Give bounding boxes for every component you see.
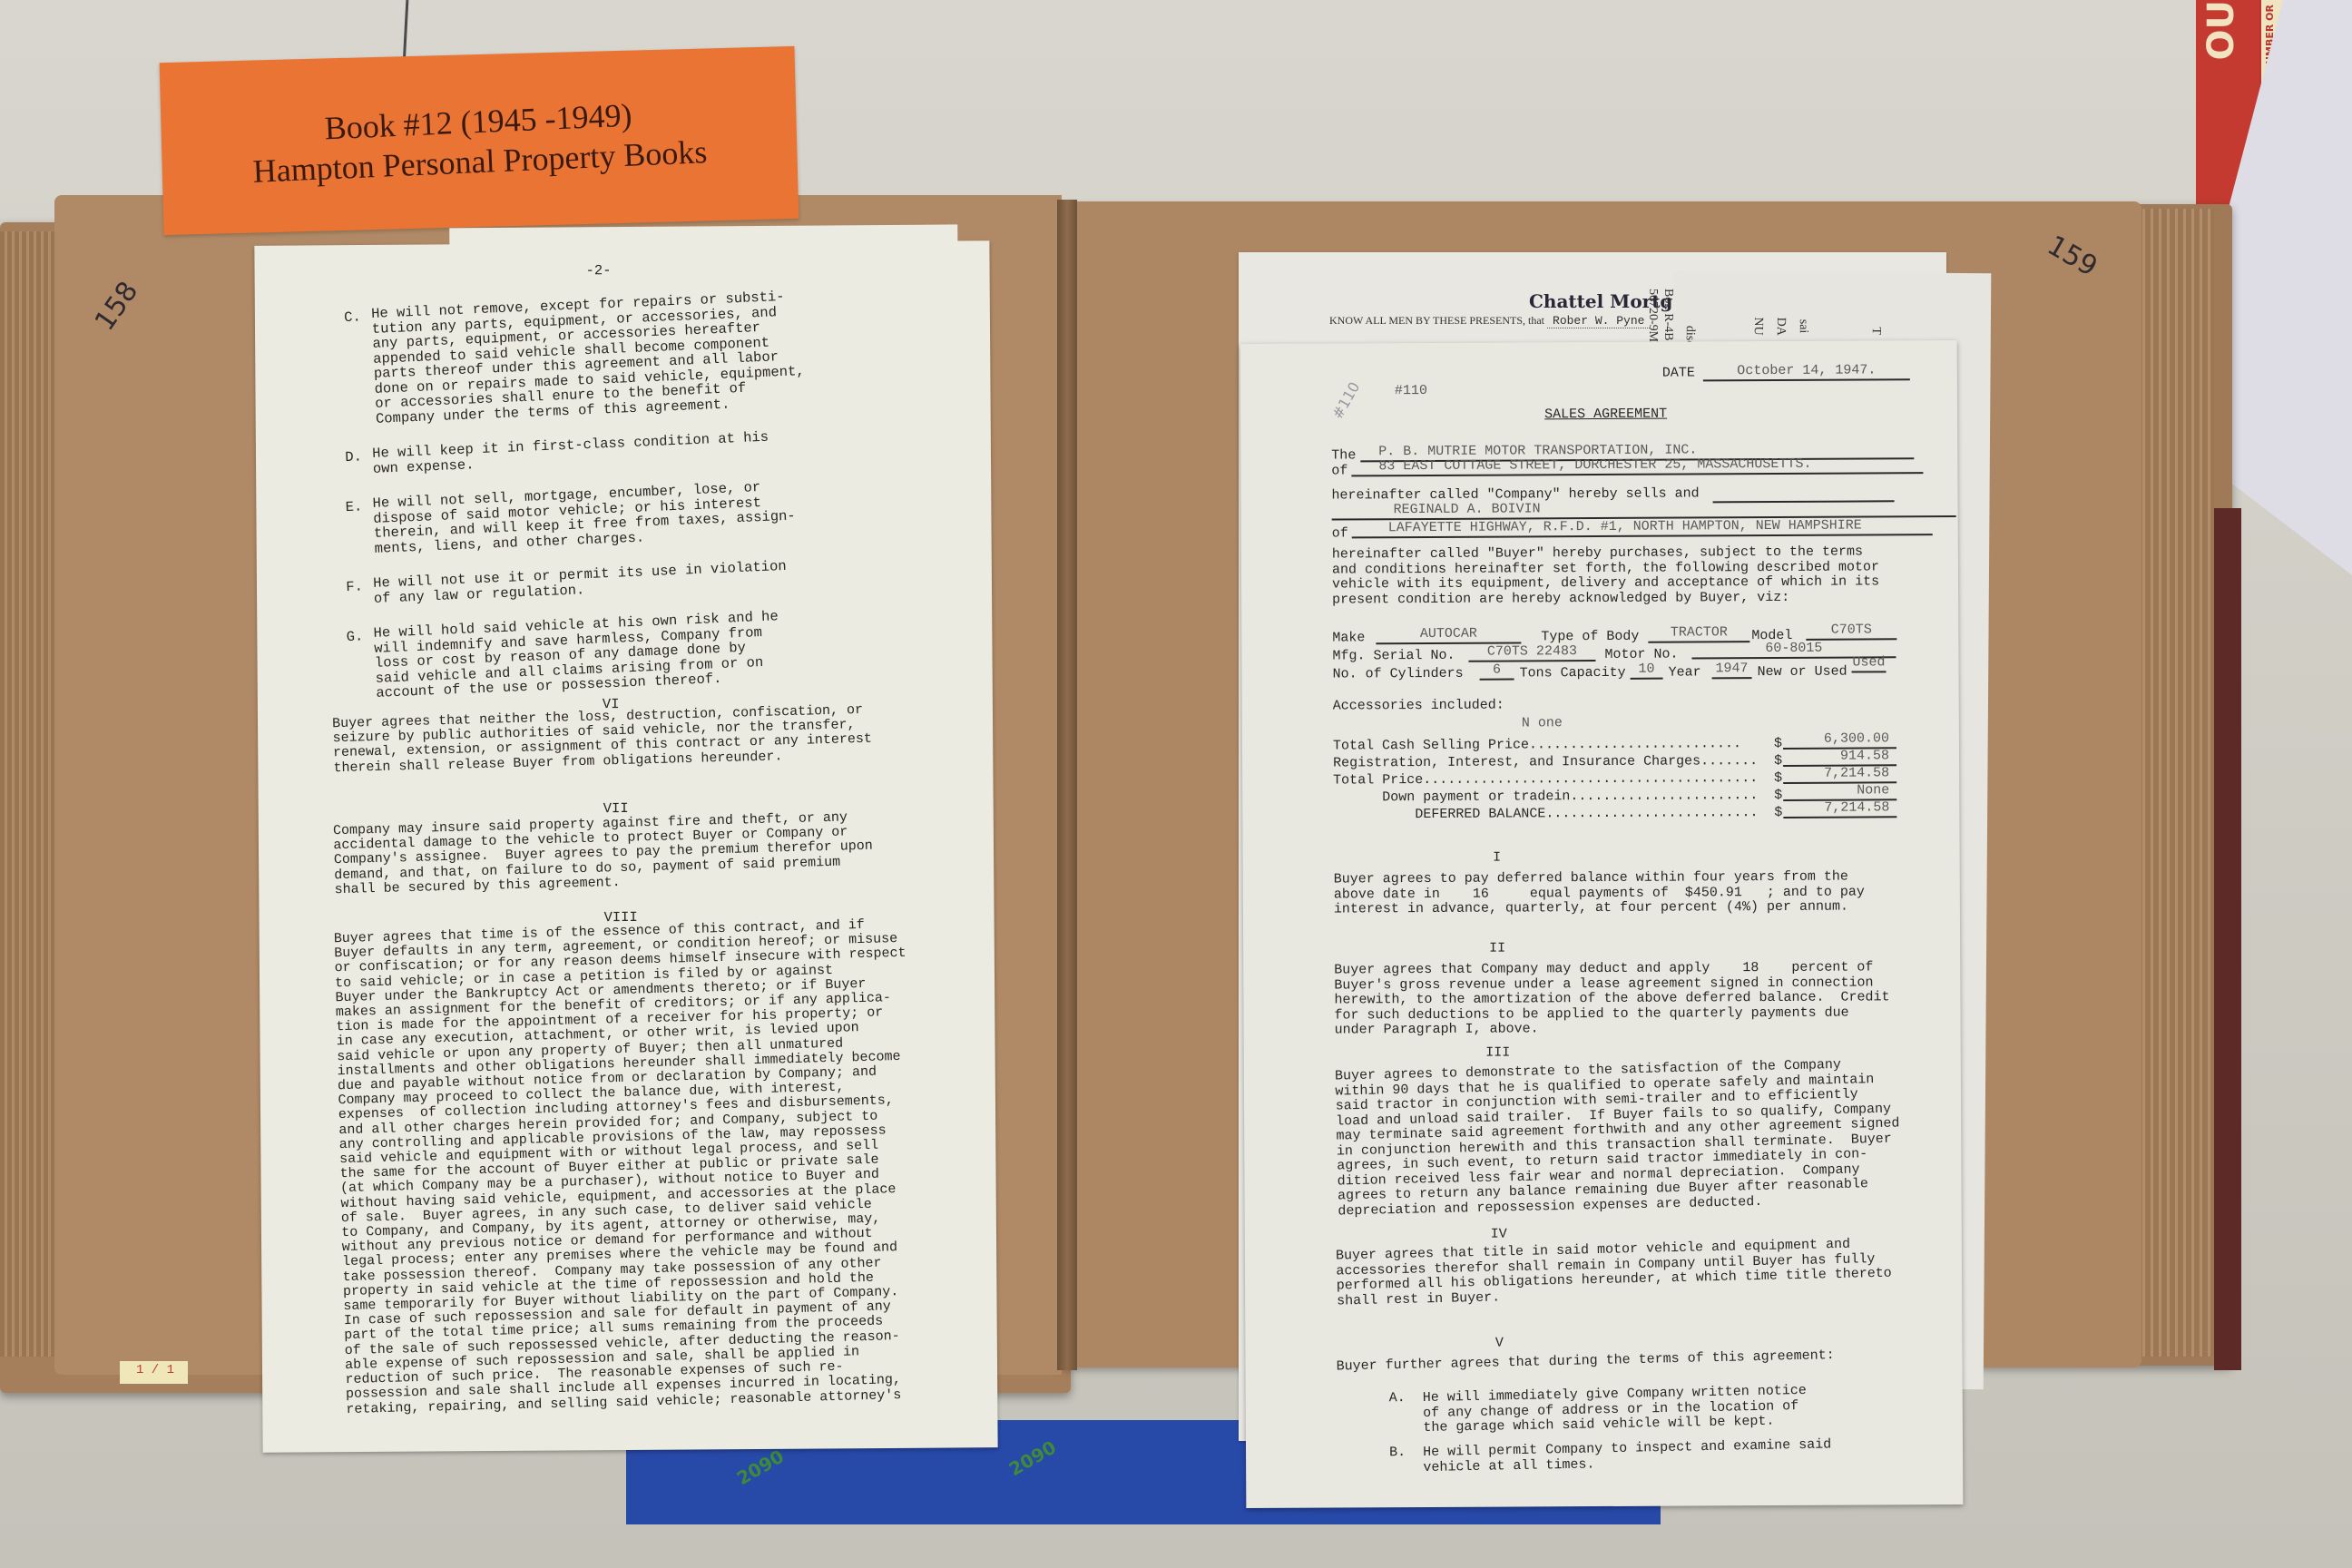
clause-text: He will hold said vehicle at his own ris… <box>373 609 781 701</box>
document-page-2: -2- C.He will not remove, except for rep… <box>254 240 997 1453</box>
chattel-mortgagor-name: Rober W. Pyne <box>1547 314 1650 328</box>
agreement-number: #110 <box>1395 384 1427 399</box>
currency-symbol: $ <box>1774 754 1782 769</box>
section-text: Buyer agrees to demonstrate to the satis… <box>1335 1056 1902 1219</box>
vehicle-field-value: C70TS 22483 <box>1468 644 1595 661</box>
buyer-address-field: LAFAYETTE HIGHWAY, R.F.D. #1, NORTH HAMP… <box>1352 518 1933 538</box>
vehicle-field-label: No. of Cylinders <box>1333 667 1464 682</box>
accessories-label: Accessories included: <box>1333 699 1504 714</box>
section-numeral: VII <box>603 801 629 817</box>
section-text: Buyer agrees that title in said motor ve… <box>1336 1237 1892 1309</box>
currency-symbol: $ <box>1774 806 1782 821</box>
vehicle-field-label: Year <box>1669 665 1701 681</box>
section-numeral: III <box>1244 1044 1752 1062</box>
price-value: None <box>1783 783 1896 800</box>
vehicle-field-value: 1947 <box>1711 661 1751 679</box>
currency-symbol: $ <box>1774 771 1782 787</box>
chattel-know-all-line: KNOW ALL MEN BY THESE PRESENTS, that Rob… <box>1329 314 1650 328</box>
clause-text: He will keep it in first-class condition… <box>372 430 769 476</box>
vehicle-field-label: New or Used <box>1758 665 1847 681</box>
section-text: Buyer agrees that Company may deduct and… <box>1334 960 1890 1038</box>
clause-text: He will not remove, except for repairs o… <box>371 289 807 426</box>
form-title: SALES AGREEMENT <box>1544 407 1667 423</box>
tape-print: 2090 <box>733 1445 788 1490</box>
price-label: Down payment or tradein.................… <box>1333 789 1758 806</box>
clause-text: He will not sell, mortgage, encumber, lo… <box>372 478 796 555</box>
company-address-field: 83 EAST COTTAGE STREET, DORCHESTER 25, M… <box>1351 456 1923 476</box>
price-label: DEFERRED BALANCE........................… <box>1333 806 1758 823</box>
price-label: Registration, Interest, and Insurance Ch… <box>1333 754 1758 771</box>
section-text: Buyer agrees that neither the loss, dest… <box>332 703 873 776</box>
section-text: Buyer further agrees that during the ter… <box>1337 1348 1835 1375</box>
price-value: 7,214.58 <box>1783 766 1896 783</box>
vehicle-field-value: TRACTOR <box>1648 625 1749 642</box>
price-label: Total Cash Selling Price................… <box>1333 737 1741 754</box>
page-edges-right <box>2137 209 2214 1357</box>
price-value: 6,300.00 <box>1783 731 1896 749</box>
price-label: Total Price.............................… <box>1333 771 1758 789</box>
item-text: He will immediately give Company written… <box>1423 1384 1808 1436</box>
clause-letter: F. <box>346 579 363 594</box>
date-field: October 14, 1947. <box>1703 363 1910 381</box>
section-text: Company may insure said property against… <box>333 810 874 898</box>
of-label-2: of <box>1332 526 1348 542</box>
section-numeral: I <box>1243 849 1751 867</box>
page-marker: -2- <box>586 263 612 279</box>
vehicle-field-value: Used <box>1851 655 1886 672</box>
vehicle-field-label: Mfg. Serial No. <box>1332 649 1455 664</box>
vehicle-field-value: 6 <box>1479 663 1514 681</box>
fragment-da: DA <box>1773 318 1788 336</box>
book-label: Book #12 (1945 -1949) Hampton Personal P… <box>160 46 799 235</box>
section-numeral: V <box>1245 1335 1753 1352</box>
section-numeral: II <box>1243 940 1751 957</box>
accessories-value: N one <box>1522 716 1563 731</box>
clause-letter: G. <box>346 629 363 644</box>
section-text: Buyer agrees to pay deferred balance wit… <box>1334 869 1865 917</box>
item-letter: B. <box>1389 1445 1406 1461</box>
vehicle-field-value: 10 <box>1630 662 1662 680</box>
folder-tab-text: OU <box>2200 0 2242 60</box>
book-label-text: Book #12 (1945 -1949) Hampton Personal P… <box>160 88 798 195</box>
fragment-sai: sai <box>1796 319 1810 334</box>
vehicle-field-value: AUTOCAR <box>1376 626 1521 643</box>
vehicle-field-label: Tons Capacity <box>1520 666 1626 681</box>
clause-letter: D. <box>345 449 362 465</box>
vehicle-field-label: Make <box>1332 631 1365 646</box>
section-text: Buyer agrees that time is of the essence… <box>334 917 918 1417</box>
fragment-t: T <box>1868 327 1883 335</box>
fragment-nu: NU <box>1750 317 1765 335</box>
clause-letter: C. <box>344 309 361 325</box>
currency-symbol: $ <box>1774 737 1782 752</box>
sales-agreement-form: #110 #110 DATE October 14, 1947. SALES A… <box>1240 340 1964 1508</box>
currency-symbol: $ <box>1774 789 1782 804</box>
item-letter: A. <box>1389 1391 1406 1406</box>
price-value: 7,214.58 <box>1783 800 1896 818</box>
buyer-name-field: REGINALD A. BOIVIN <box>1332 500 1956 520</box>
vehicle-field-value: C70TS <box>1806 622 1896 640</box>
clause-letter: E. <box>345 499 362 514</box>
item-text: He will permit Company to inspect and ex… <box>1423 1437 1832 1475</box>
book-cover-edge <box>2214 508 2241 1370</box>
document-top-edge <box>449 224 957 255</box>
tape-print: 2090 <box>1005 1436 1060 1481</box>
clause-text: He will not use it or permit its use in … <box>373 559 788 606</box>
book-gutter <box>1057 200 1077 1370</box>
bottom-index-tab-text: 1 / 1 <box>136 1363 174 1377</box>
handwritten-number: #110 <box>1330 380 1363 422</box>
date-label: DATE <box>1662 366 1695 381</box>
price-value: 914.58 <box>1783 749 1896 766</box>
purchase-text: hereinafter called "Buyer" hereby purcha… <box>1332 544 1879 607</box>
of-label: of <box>1331 464 1347 479</box>
chattel-know-all-text: KNOW ALL MEN BY THESE PRESENTS, that <box>1329 314 1544 327</box>
